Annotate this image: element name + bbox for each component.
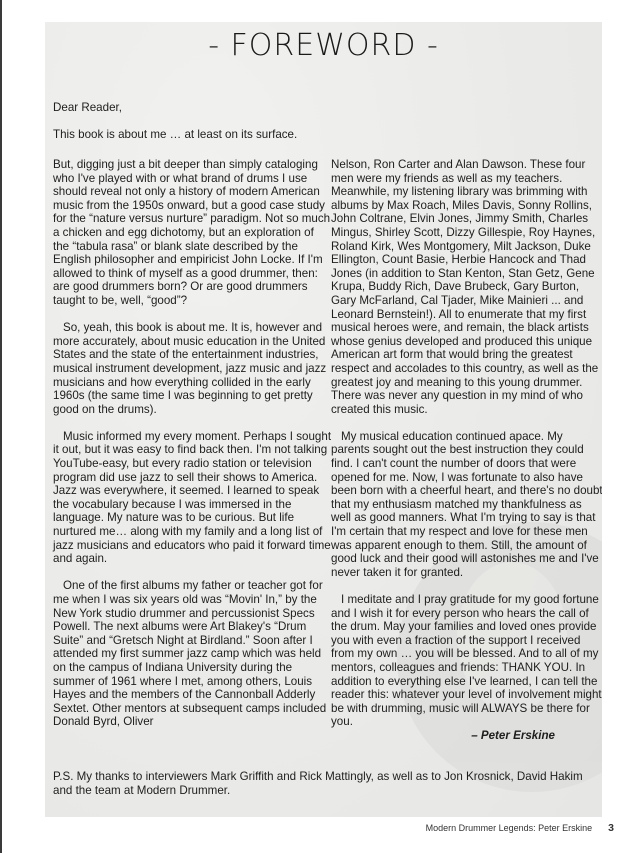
salutation: Dear Reader, — [53, 101, 122, 115]
paragraph: Nelson, Ron Carter and Alan Dawson. Thes… — [331, 158, 602, 416]
page-edge-rule — [0, 0, 2, 853]
page-title: - FOREWORD - — [45, 28, 602, 63]
paragraph: I meditate and I pray gratitude for my g… — [331, 593, 602, 729]
left-column: But, digging just a bit deeper than simp… — [53, 158, 333, 743]
page-footer: Modern Drummer Legends: Peter Erskine 3 — [426, 822, 614, 834]
paragraph: My musical education continued apace. My… — [331, 430, 602, 580]
paragraph: One of the first albums my father or tea… — [53, 579, 333, 729]
paragraph: So, yeah, this book is about me. It is, … — [53, 321, 333, 416]
paragraph: Music informed my every moment. Perhaps … — [53, 430, 333, 566]
paragraph: But, digging just a bit deeper than simp… — [53, 158, 333, 308]
running-title: Modern Drummer Legends: Peter Erskine — [426, 823, 593, 833]
foreword-panel: - FOREWORD - Dear Reader, This book is a… — [45, 22, 602, 817]
intro-line: This book is about me … at least on its … — [53, 128, 297, 142]
author-signoff: – Peter Erskine — [331, 729, 602, 743]
right-column: Nelson, Ron Carter and Alan Dawson. Thes… — [331, 158, 602, 743]
page-number: 3 — [608, 822, 614, 834]
postscript: P.S. My thanks to interviewers Mark Grif… — [53, 770, 593, 797]
